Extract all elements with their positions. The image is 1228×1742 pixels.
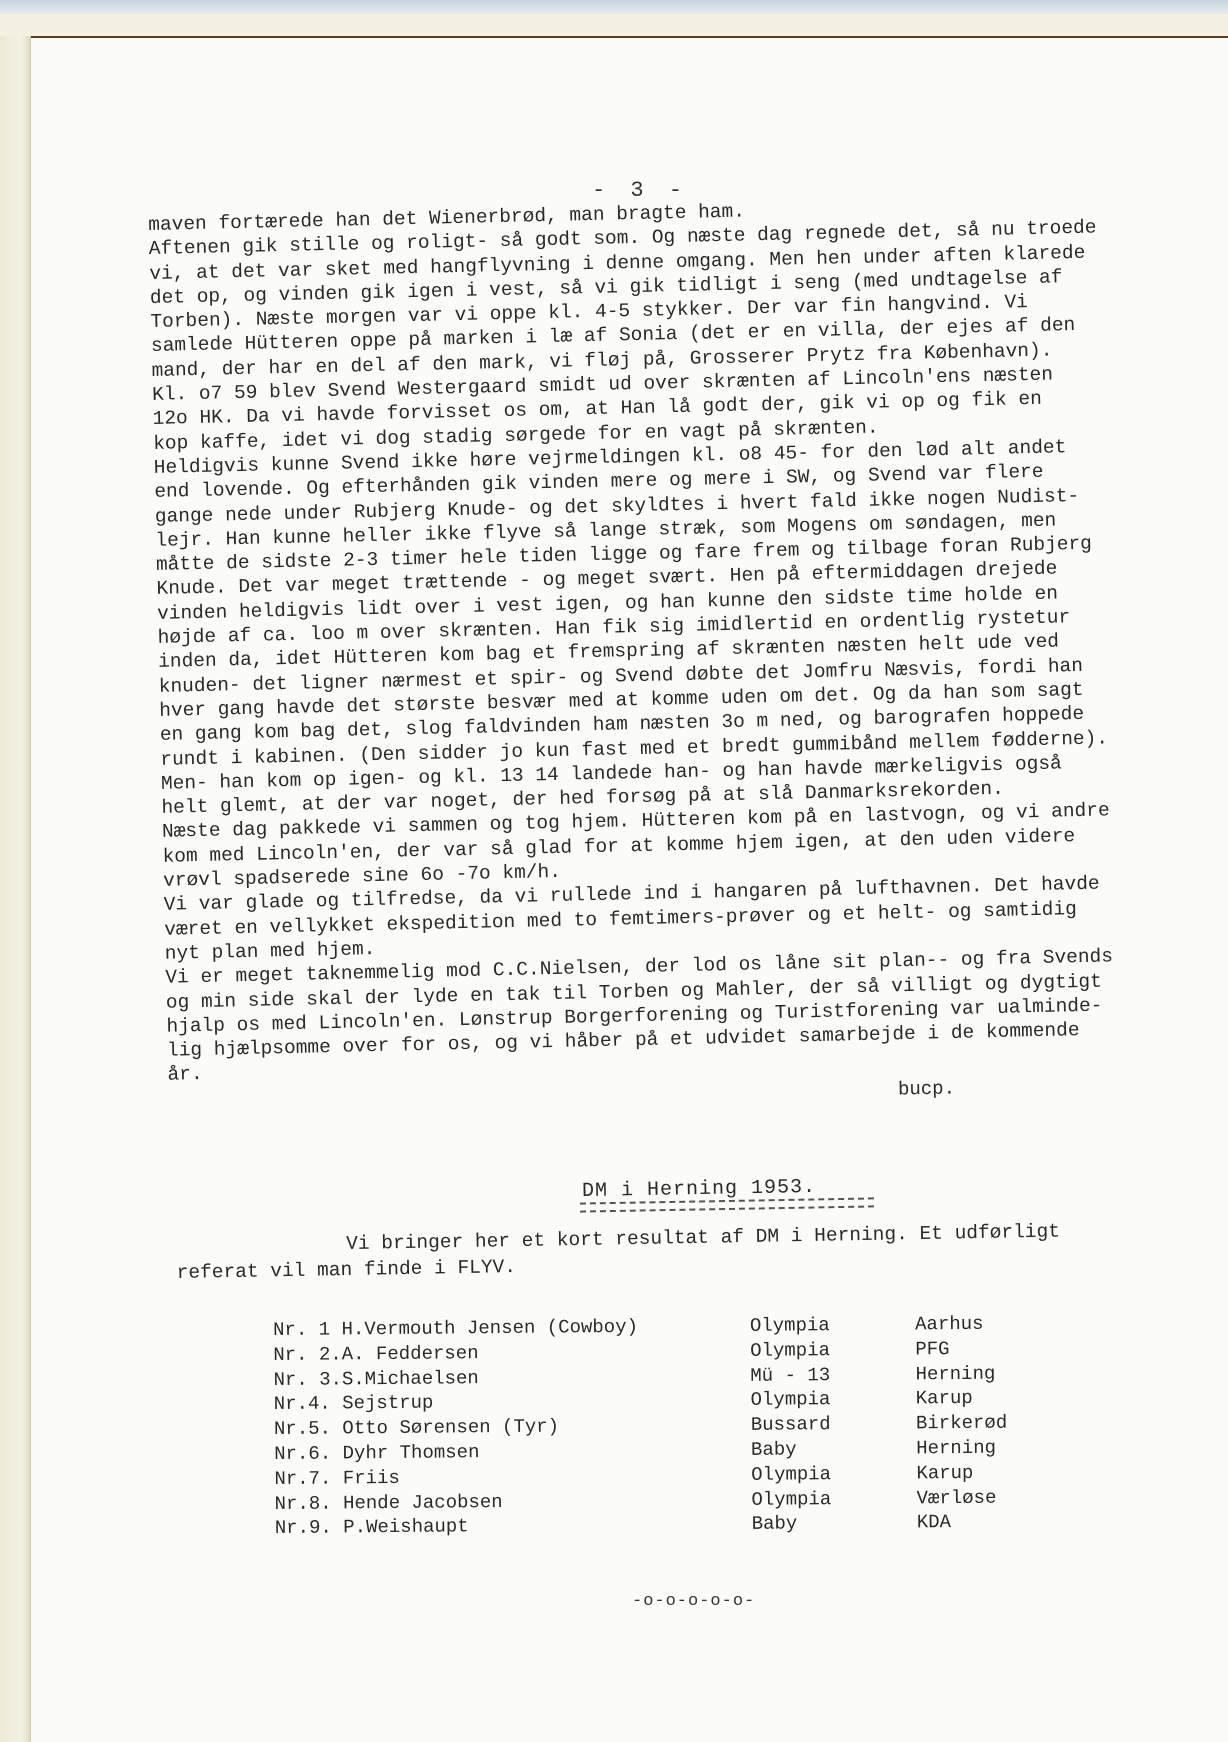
binder-strip — [0, 14, 1228, 38]
result-club: Herning — [916, 1435, 1034, 1461]
result-club: Karup — [916, 1460, 1034, 1486]
result-place: Nr. 2. — [273, 1343, 342, 1366]
result-club: Herning — [915, 1361, 1033, 1387]
result-pilot: Hende Jacobsen — [343, 1491, 503, 1514]
page-number: - 3 - — [592, 178, 688, 203]
result-glider: Olympia — [750, 1312, 915, 1338]
result-glider: Bussard — [751, 1412, 916, 1438]
result-glider: Mü - 13 — [750, 1362, 915, 1388]
page-left-edge — [0, 36, 31, 1742]
result-club: KDA — [917, 1510, 1035, 1536]
result-place: Nr.8. — [275, 1492, 332, 1514]
result-pilot: Sejstrup — [342, 1392, 433, 1415]
result-pilot: P.Weishaupt — [343, 1516, 469, 1539]
result-glider: Olympia — [750, 1387, 915, 1413]
result-pilot: Dyhr Thomsen — [343, 1441, 480, 1464]
result-place: Nr.7. — [274, 1467, 331, 1489]
result-glider: Baby — [751, 1436, 916, 1462]
result-club: Birkerød — [916, 1411, 1034, 1437]
result-place: Nr.5. — [274, 1418, 331, 1440]
result-glider: Olympia — [751, 1486, 916, 1512]
result-pilot: Otto Sørensen (Tyr) — [342, 1416, 559, 1440]
result-club: Aarhus — [915, 1311, 1033, 1337]
results-list: Nr. 1 H.Vermouth Jensen (Cowboy) Olympia… — [273, 1311, 1035, 1541]
section-divider-ornament: -o-o-o-o-o- — [632, 1592, 755, 1611]
author-signature: bucp. — [898, 1078, 955, 1101]
result-pilot: A. Feddersen — [342, 1342, 479, 1365]
article-body: maven fortærede han det Wienerbrød, man … — [148, 189, 1228, 1088]
result-glider: Olympia — [750, 1337, 915, 1363]
result-glider: Baby — [752, 1511, 917, 1537]
result-glider: Olympia — [751, 1461, 916, 1487]
result-pilot: Friis — [343, 1467, 400, 1489]
result-place: Nr. 1 — [273, 1319, 330, 1341]
result-club: Karup — [916, 1386, 1034, 1412]
result-place: Nr. 3. — [273, 1368, 342, 1391]
result-pilot: H.Vermouth Jensen (Cowboy) — [341, 1316, 638, 1341]
result-place: Nr.9. — [275, 1517, 332, 1539]
result-club: PFG — [915, 1336, 1033, 1362]
result-place: Nr.6. — [274, 1442, 331, 1464]
result-club: Værløse — [917, 1485, 1035, 1511]
result-pilot: S.Michaelsen — [342, 1367, 479, 1390]
result-place: Nr.4. — [274, 1393, 331, 1415]
